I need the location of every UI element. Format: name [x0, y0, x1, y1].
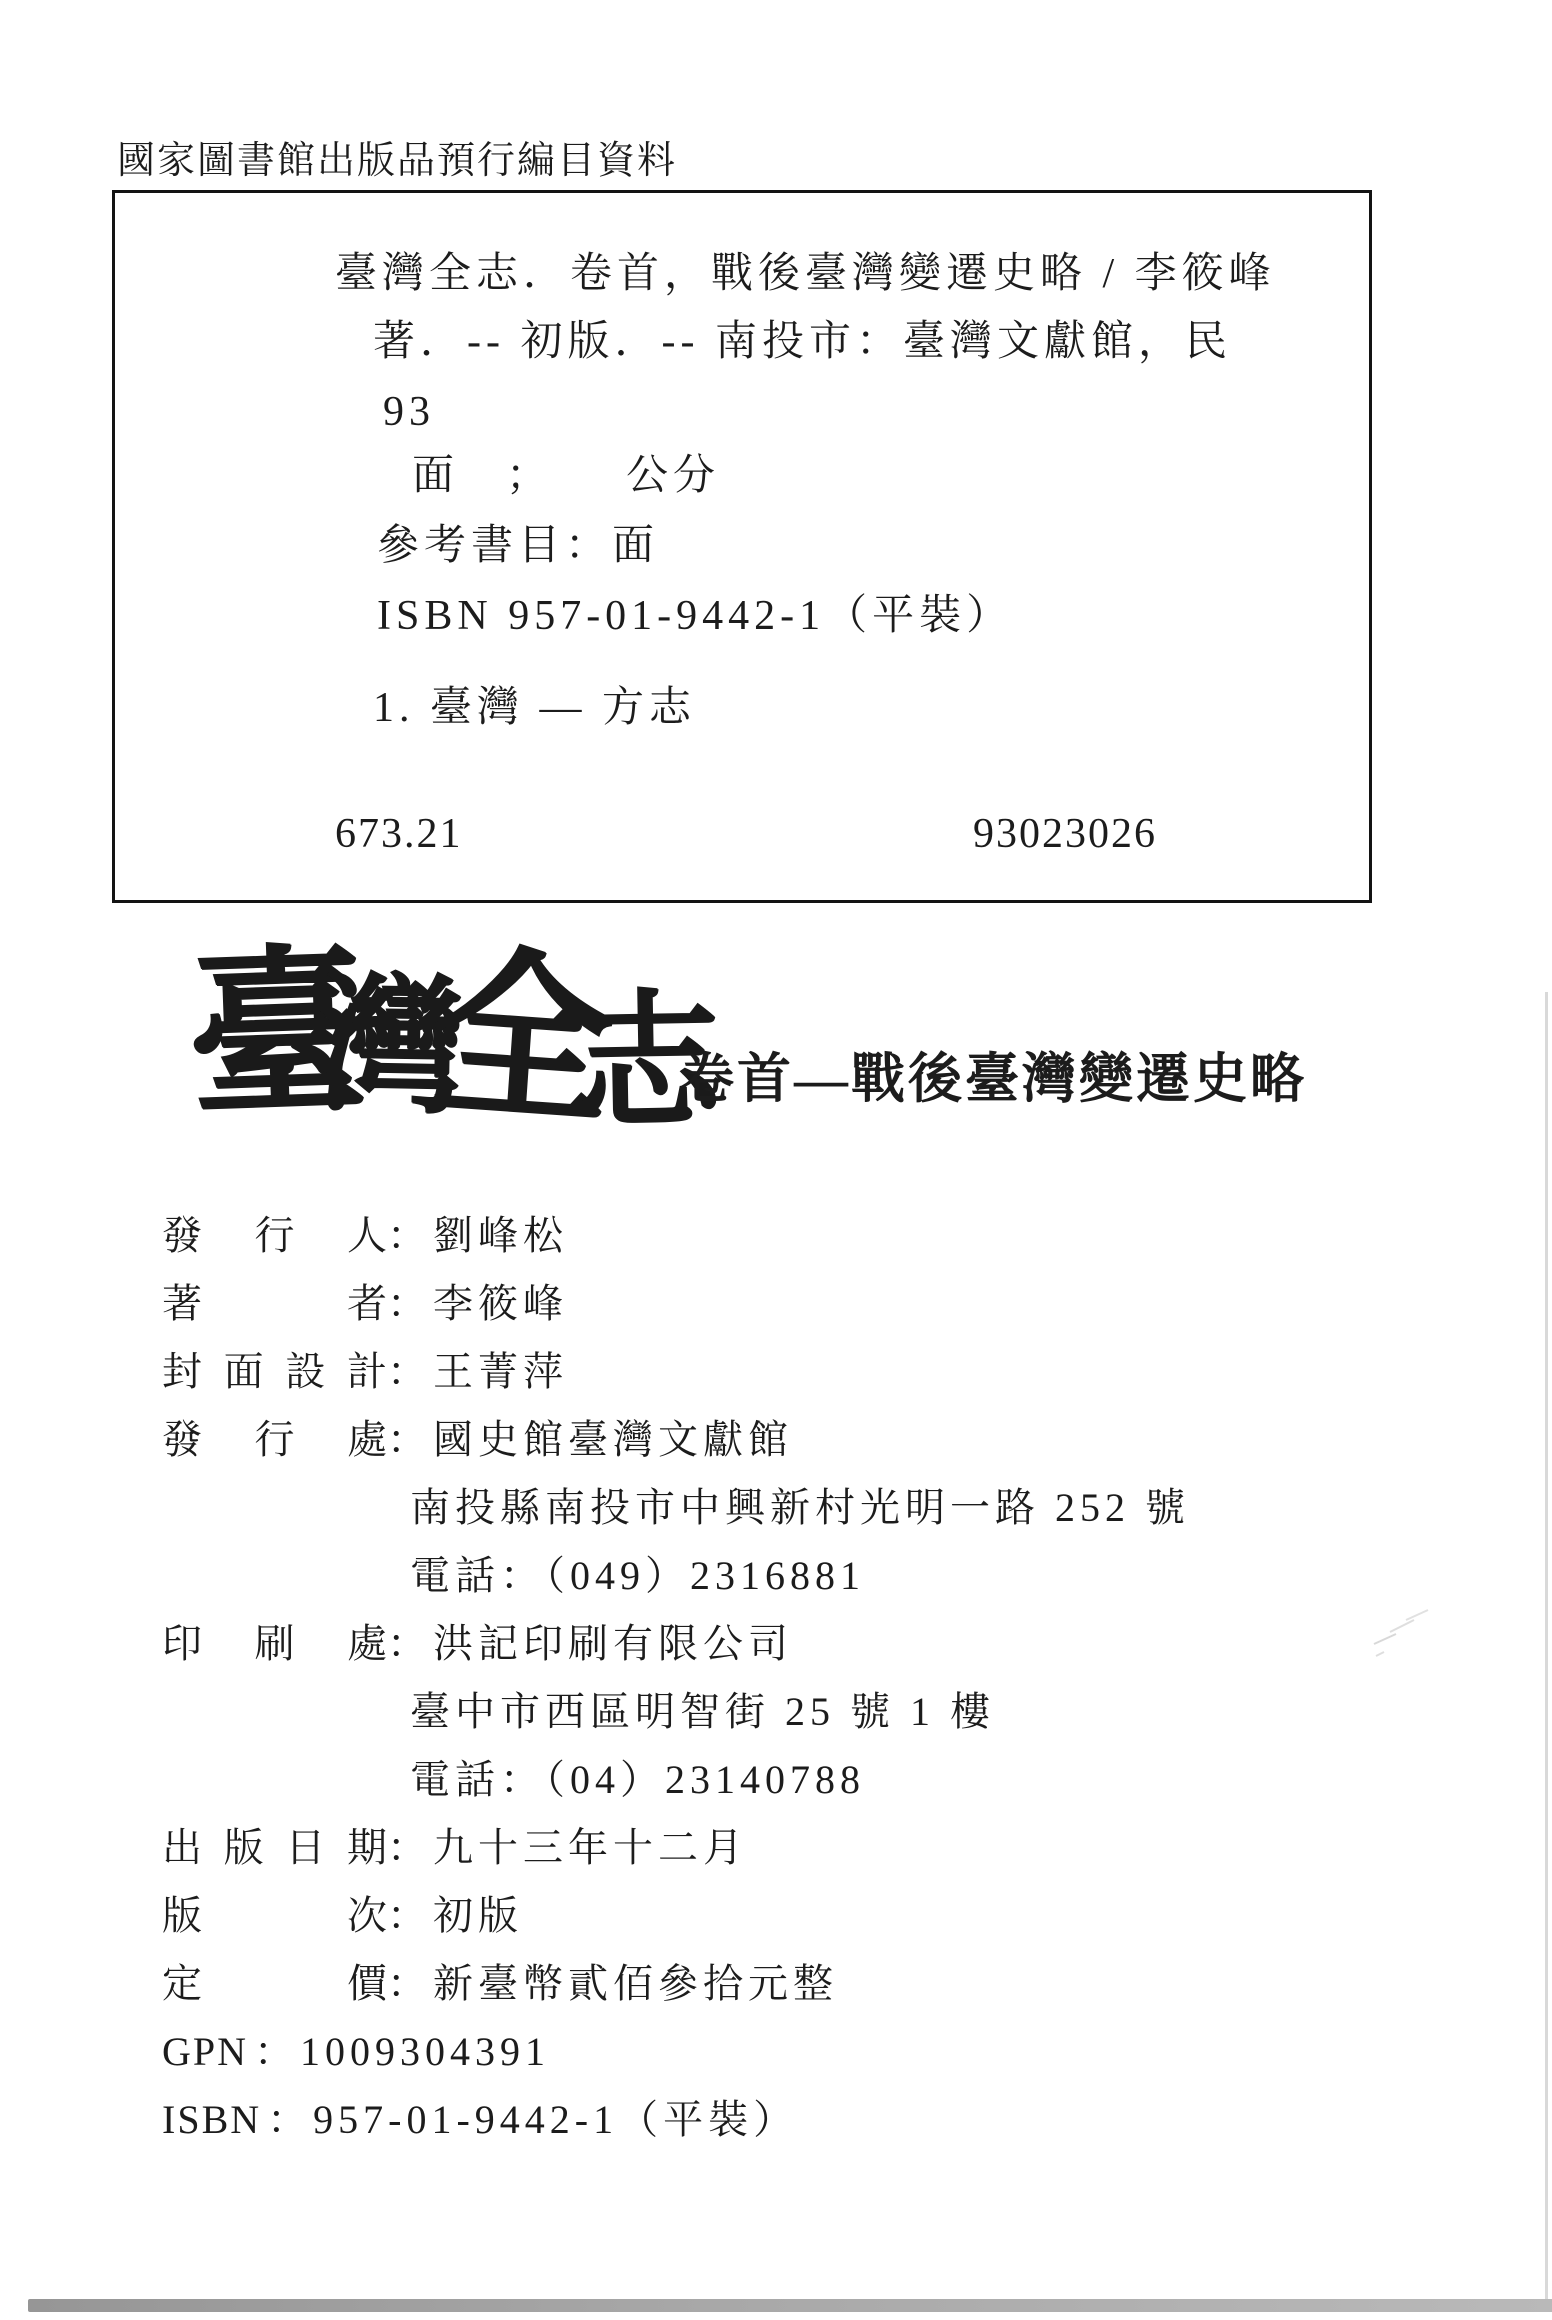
row-value: 1009304391 — [300, 2028, 550, 2076]
row-value: 初版 — [433, 1892, 523, 1940]
row-label: 定價 — [162, 1960, 387, 2008]
row-value: 電話：（049）2316881 — [410, 1552, 865, 1600]
cip-line-edition: 著．-- 初版．-- 南投市：臺灣文獻館，民 — [373, 319, 1232, 365]
row-value: 王菁萍 — [433, 1348, 568, 1396]
label-colon: ： — [267, 2096, 307, 2144]
cip-line-year: 93 — [383, 389, 435, 435]
colophon-row-publisher-person: 發行人：劉峰松 — [162, 1212, 1362, 1280]
book-subtitle: 卷首—戰後臺灣變遷史略 — [680, 1036, 1307, 1113]
label-colon: ： — [387, 1212, 427, 1260]
colophon-row-publishing-office: 發行處：國史館臺灣文獻館 — [162, 1416, 1362, 1484]
cip-header-label: 國家圖書館出版品預行編目資料 — [117, 141, 677, 183]
row-label: GPN — [162, 2028, 248, 2076]
label-colon: ： — [387, 1892, 427, 1940]
row-label: 出版日期 — [162, 1824, 387, 1872]
label-colon: ： — [387, 1824, 427, 1872]
cip-line-subject: 1. 臺灣 — 方志 — [373, 685, 696, 731]
label-colon: ： — [387, 1620, 427, 1668]
row-label: 發行處 — [162, 1416, 387, 1464]
label-colon: ： — [387, 1348, 427, 1396]
colophon-info: 發行人：劉峰松 著者：李筱峰 封面設計：王菁萍 發行處：國史館臺灣文獻館 南投縣… — [162, 1212, 1362, 2164]
cip-record-number: 93023026 — [973, 811, 1157, 857]
colophon-row-printer-phone: 電話：（04）23140788 — [162, 1756, 1362, 1824]
row-label: ISBN — [162, 2096, 261, 2144]
row-value: 南投縣南投市中興新村光明一路 252 號 — [410, 1484, 1190, 1532]
row-label: 版次 — [162, 1892, 387, 1940]
row-value: 劉峰松 — [433, 1212, 568, 1260]
label-colon: ： — [387, 1416, 427, 1464]
cip-line-references: 參考書目：面 — [377, 523, 659, 569]
label-colon: ： — [254, 2028, 294, 2076]
cip-line-dimensions: 面 ； 公分 — [412, 453, 720, 499]
pencil-scribble-mark — [1362, 1598, 1442, 1662]
row-value: 957-01-9442-1（平裝） — [313, 2096, 798, 2144]
row-value: 洪記印刷有限公司 — [433, 1620, 793, 1668]
scan-edge-right — [1545, 992, 1548, 2302]
cip-box: 臺灣全志．卷首，戰後臺灣變遷史略 / 李筱峰 著．-- 初版．-- 南投市：臺灣… — [112, 190, 1372, 903]
row-label: 封面設計 — [162, 1348, 387, 1396]
cip-line-title: 臺灣全志．卷首，戰後臺灣變遷史略 / 李筱峰 — [335, 251, 1276, 297]
colophon-row-edition: 版次：初版 — [162, 1892, 1362, 1960]
row-value: 新臺幣貳佰參拾元整 — [433, 1960, 838, 2008]
colophon-row-gpn: GPN：1009304391 — [162, 2028, 1362, 2096]
colophon-row-isbn: ISBN：957-01-9442-1（平裝） — [162, 2096, 1362, 2164]
colophon-row-cover-design: 封面設計：王菁萍 — [162, 1348, 1362, 1416]
row-label: 發行人 — [162, 1212, 387, 1260]
row-label: 著者 — [162, 1280, 387, 1328]
colophon-row-publisher-address: 南投縣南投市中興新村光明一路 252 號 — [162, 1484, 1362, 1552]
book-colophon-page: 國家圖書館出版品預行編目資料 臺灣全志．卷首，戰後臺灣變遷史略 / 李筱峰 著．… — [0, 0, 1552, 2320]
label-colon: ： — [387, 1960, 427, 2008]
cip-class-number: 673.21 — [335, 811, 463, 857]
row-value: 電話：（04）23140788 — [410, 1756, 865, 1804]
colophon-row-publish-date: 出版日期：九十三年十二月 — [162, 1824, 1362, 1892]
cip-line-isbn: ISBN 957-01-9442-1（平裝） — [377, 593, 1013, 639]
label-colon: ： — [387, 1280, 427, 1328]
colophon-row-price: 定價：新臺幣貳佰參拾元整 — [162, 1960, 1362, 2028]
row-label: 印刷處 — [162, 1620, 387, 1668]
row-value: 九十三年十二月 — [433, 1824, 748, 1872]
row-value: 國史館臺灣文獻館 — [433, 1416, 793, 1464]
colophon-row-author: 著者：李筱峰 — [162, 1280, 1362, 1348]
colophon-row-printing-office: 印刷處：洪記印刷有限公司 — [162, 1620, 1362, 1688]
colophon-row-publisher-phone: 電話：（049）2316881 — [162, 1552, 1362, 1620]
scan-edge-bottom — [28, 2299, 1552, 2312]
colophon-row-printer-address: 臺中市西區明智街 25 號 1 樓 — [162, 1688, 1362, 1756]
row-value: 臺中市西區明智街 25 號 1 樓 — [410, 1688, 995, 1736]
row-value: 李筱峰 — [433, 1280, 568, 1328]
